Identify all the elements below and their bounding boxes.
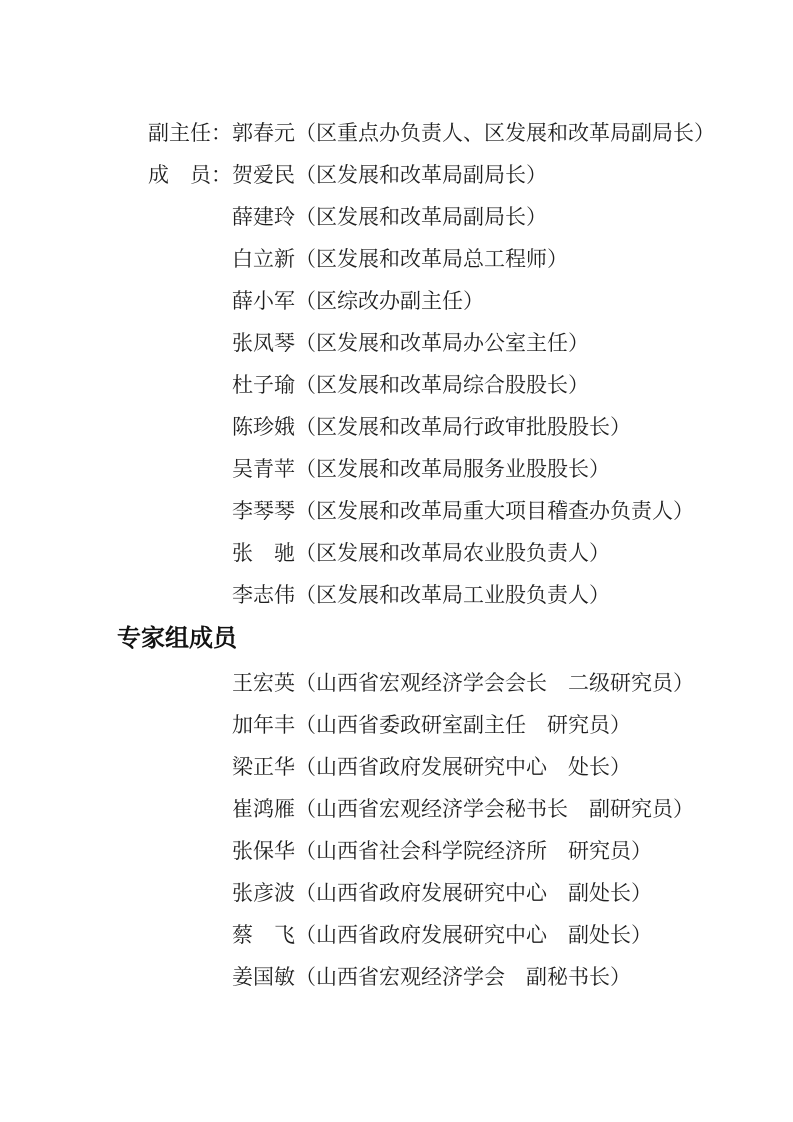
role-label bbox=[148, 956, 232, 998]
member-entry: 张 驰（区发展和改革局农业股负责人） bbox=[232, 532, 610, 574]
role-label bbox=[148, 872, 232, 914]
expert-line: 加年丰（山西省委政研室副主任 研究员） bbox=[148, 704, 753, 746]
member-entry: 李琴琴（区发展和改革局重大项目稽查办负责人） bbox=[232, 490, 694, 532]
document-page: 副主任： 郭春元（区重点办负责人、区发展和改革局副局长） 成 员： 贺爱民（区发… bbox=[0, 0, 793, 1122]
member-entry: 杜子瑜（区发展和改革局综合股股长） bbox=[232, 364, 589, 406]
member-line: 张凤琴（区发展和改革局办公室主任） bbox=[148, 322, 753, 364]
role-label bbox=[148, 406, 232, 448]
role-label bbox=[148, 238, 232, 280]
expert-entry: 蔡 飞（山西省政府发展研究中心 副处长） bbox=[232, 914, 652, 956]
role-label bbox=[148, 532, 232, 574]
role-label bbox=[148, 704, 232, 746]
member-entry: 陈珍娥（区发展和改革局行政审批股股长） bbox=[232, 406, 631, 448]
role-label bbox=[148, 280, 232, 322]
member-entry: 郭春元（区重点办负责人、区发展和改革局副局长） bbox=[232, 112, 715, 154]
member-line: 李琴琴（区发展和改革局重大项目稽查办负责人） bbox=[148, 490, 753, 532]
role-label bbox=[148, 196, 232, 238]
expert-entry: 加年丰（山西省委政研室副主任 研究员） bbox=[232, 704, 631, 746]
member-line: 李志伟（区发展和改革局工业股负责人） bbox=[148, 574, 753, 616]
role-label bbox=[148, 448, 232, 490]
member-line: 张 驰（区发展和改革局农业股负责人） bbox=[148, 532, 753, 574]
expert-entry: 姜国敏（山西省宏观经济学会 副秘书长） bbox=[232, 956, 631, 998]
expert-line: 张彦波（山西省政府发展研究中心 副处长） bbox=[148, 872, 753, 914]
role-label bbox=[148, 914, 232, 956]
role-label: 成 员： bbox=[148, 154, 232, 196]
role-label: 副主任： bbox=[148, 112, 232, 154]
member-line: 陈珍娥（区发展和改革局行政审批股股长） bbox=[148, 406, 753, 448]
section-heading-expert-group: 专家组成员 bbox=[117, 616, 753, 662]
member-line: 薛小军（区综改办副主任） bbox=[148, 280, 753, 322]
expert-line: 张保华（山西省社会科学院经济所 研究员） bbox=[148, 830, 753, 872]
role-label bbox=[148, 574, 232, 616]
member-entry: 薛建玲（区发展和改革局副局长） bbox=[232, 196, 547, 238]
role-label bbox=[148, 830, 232, 872]
member-line: 薛建玲（区发展和改革局副局长） bbox=[148, 196, 753, 238]
expert-entry: 张彦波（山西省政府发展研究中心 副处长） bbox=[232, 872, 652, 914]
member-entry: 张凤琴（区发展和改革局办公室主任） bbox=[232, 322, 589, 364]
expert-line: 王宏英（山西省宏观经济学会会长 二级研究员） bbox=[148, 662, 753, 704]
expert-line: 蔡 飞（山西省政府发展研究中心 副处长） bbox=[148, 914, 753, 956]
role-label bbox=[148, 322, 232, 364]
expert-entry: 崔鸿雁（山西省宏观经济学会秘书长 副研究员） bbox=[232, 788, 694, 830]
member-entry: 吴青苹（区发展和改革局服务业股股长） bbox=[232, 448, 610, 490]
expert-entry: 张保华（山西省社会科学院经济所 研究员） bbox=[232, 830, 652, 872]
member-entry: 薛小军（区综改办副主任） bbox=[232, 280, 484, 322]
member-line: 白立新（区发展和改革局总工程师） bbox=[148, 238, 753, 280]
expert-entry: 梁正华（山西省政府发展研究中心 处长） bbox=[232, 746, 631, 788]
member-entry: 李志伟（区发展和改革局工业股负责人） bbox=[232, 574, 610, 616]
expert-entry: 王宏英（山西省宏观经济学会会长 二级研究员） bbox=[232, 662, 694, 704]
role-label bbox=[148, 662, 232, 704]
expert-line: 梁正华（山西省政府发展研究中心 处长） bbox=[148, 746, 753, 788]
document-body: 副主任： 郭春元（区重点办负责人、区发展和改革局副局长） 成 员： 贺爱民（区发… bbox=[148, 112, 753, 998]
role-label bbox=[148, 788, 232, 830]
member-line: 杜子瑜（区发展和改革局综合股股长） bbox=[148, 364, 753, 406]
role-label bbox=[148, 364, 232, 406]
member-line: 吴青苹（区发展和改革局服务业股股长） bbox=[148, 448, 753, 490]
member-line: 成 员： 贺爱民（区发展和改革局副局长） bbox=[148, 154, 753, 196]
member-entry: 白立新（区发展和改革局总工程师） bbox=[232, 238, 568, 280]
expert-line: 姜国敏（山西省宏观经济学会 副秘书长） bbox=[148, 956, 753, 998]
member-line: 副主任： 郭春元（区重点办负责人、区发展和改革局副局长） bbox=[148, 112, 753, 154]
role-label bbox=[148, 746, 232, 788]
expert-line: 崔鸿雁（山西省宏观经济学会秘书长 副研究员） bbox=[148, 788, 753, 830]
role-label bbox=[148, 490, 232, 532]
member-entry: 贺爱民（区发展和改革局副局长） bbox=[232, 154, 547, 196]
